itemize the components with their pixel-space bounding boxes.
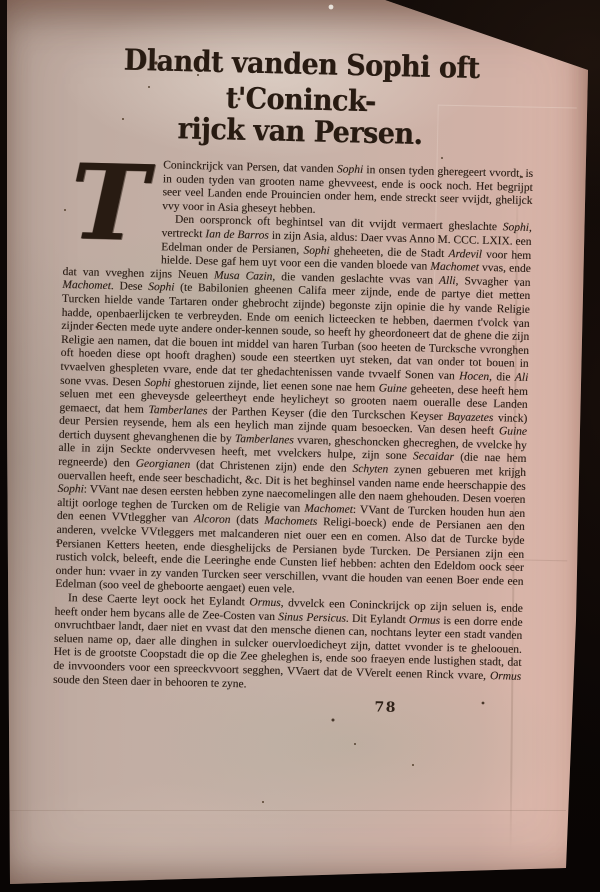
text-segment: soude den Steen daer in behooren te zyne… xyxy=(53,673,247,690)
page-content: Dlandt vanden Sophi oft t'Coninck- rijck… xyxy=(52,44,536,719)
italic-text-segment: Hocen xyxy=(459,370,489,383)
italic-text-segment: Musa Cazin xyxy=(214,269,273,282)
text-segment: . Dese xyxy=(111,280,149,293)
text-segment: (te Babilonien gheenen Califa meer zijnd… xyxy=(60,282,530,382)
italic-text-segment: Tamberlanes xyxy=(148,404,207,417)
italic-text-segment: Alli xyxy=(439,275,456,287)
paragraph: In dese Caerte leyt oock het Eylandt Orm… xyxy=(53,592,523,698)
text-segment: sone vvas. Desen xyxy=(60,374,145,388)
text-segment: (dats xyxy=(230,514,264,527)
text-segment: , die xyxy=(489,371,515,384)
italic-text-segment: Sophi xyxy=(144,376,170,389)
italic-text-segment: Ormus xyxy=(249,596,281,609)
italic-text-segment: Ormus xyxy=(409,614,441,627)
italic-text-segment: Secaidar xyxy=(413,451,454,464)
italic-text-segment: Sinus Persicus xyxy=(278,611,346,625)
text-segment: , Svvagher van xyxy=(455,275,530,289)
italic-text-segment: Sophi xyxy=(503,222,529,235)
horizontal-crease xyxy=(10,810,566,811)
italic-text-segment: Sophi xyxy=(148,281,174,294)
italic-text-segment: Sophi xyxy=(57,483,83,496)
italic-text-segment: Tamberlanes xyxy=(235,433,294,446)
page-title: Dlandt vanden Sophi oft t'Coninck- rijck… xyxy=(66,44,536,154)
italic-text-segment: Guine xyxy=(379,382,407,395)
italic-text-segment: Guine xyxy=(499,426,527,439)
italic-text-segment: Schyten xyxy=(352,463,388,476)
italic-text-segment: Machomet xyxy=(62,279,111,292)
italic-text-segment: Machomet xyxy=(430,261,479,274)
italic-text-segment: Ian de Barros xyxy=(205,228,269,241)
italic-text-segment: Georgianen xyxy=(136,458,191,471)
italic-text-segment: Machomets xyxy=(264,515,317,528)
text-segment: gheheeten, die de Stadt xyxy=(329,245,448,260)
italic-text-segment: Ardevil xyxy=(448,248,482,261)
italic-text-segment: Alcoron xyxy=(194,514,231,527)
text-segment: . Dit Eylandt xyxy=(346,612,409,625)
italic-text-segment: Ali xyxy=(515,372,529,384)
page-number: 78 xyxy=(374,700,520,719)
paragraph: Den oorspronck oft beghintsel van dit vv… xyxy=(55,211,532,603)
paper-surface: Dlandt vanden Sophi oft t'Coninck- rijck… xyxy=(0,0,600,892)
italic-text-segment: Sophi xyxy=(337,163,363,176)
text-segment: is een dorre ende onvruchtbaer landt, da… xyxy=(53,615,522,683)
text-segment: Religi-boeck) ende de Persianen aen den … xyxy=(55,516,525,595)
italic-text-segment: Machomet xyxy=(304,503,353,516)
italic-text-segment: Ormus xyxy=(490,670,522,683)
drop-cap-initial: T xyxy=(63,159,155,257)
book-photo: { "photo": { "backdrop_color": "#0b0706"… xyxy=(0,0,600,892)
italic-text-segment: Sophi xyxy=(303,244,329,257)
italic-text-segment: Bayazetes xyxy=(447,411,493,424)
book-page: Dlandt vanden Sophi oft t'Coninck- rijck… xyxy=(0,0,600,892)
body-text: T Coninckrijck van Persen, dat vanden So… xyxy=(53,157,533,698)
